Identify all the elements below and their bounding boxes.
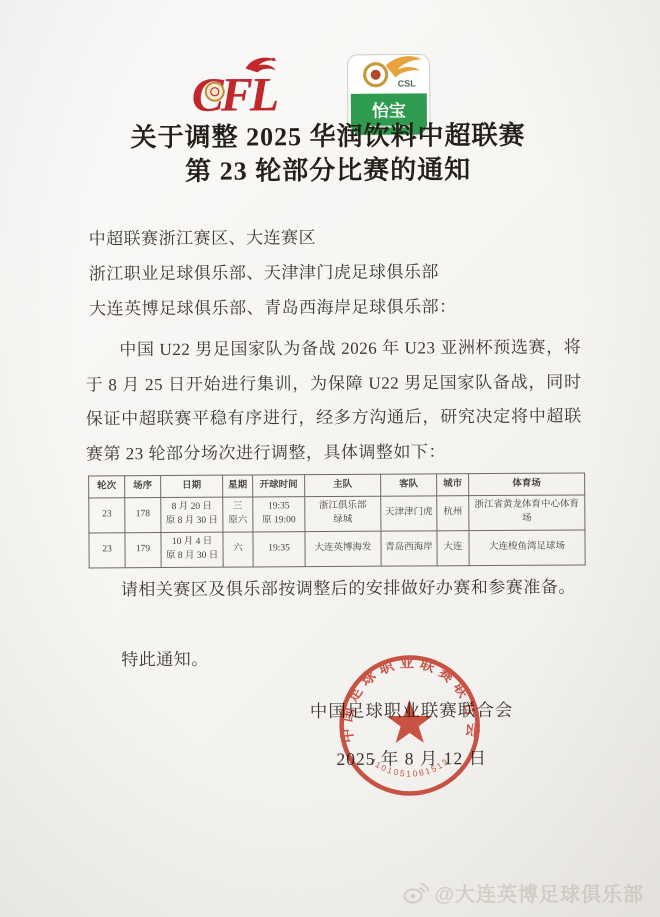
csl-label-text: CSL [398, 78, 417, 88]
cell-match-no: 179 [125, 533, 161, 568]
home-team-line: 大连英博海发 [307, 542, 380, 556]
cell-kickoff: 19:35 [253, 532, 305, 567]
cell-away-team: 天津津门虎 [381, 496, 437, 531]
weibo-icon [403, 881, 430, 904]
col-away-team: 客队 [381, 474, 437, 496]
document-photo: CFL CSL 怡宝 关于调整 2025 华润饮料中超联赛 第 23 轮部分比赛… [0, 0, 660, 917]
kickoff-original: 原 19:00 [254, 514, 303, 528]
notice-document: CFL CSL 怡宝 关于调整 2025 华润饮料中超联赛 第 23 轮部分比赛… [0, 0, 660, 917]
cell-stadium: 大连梭鱼湾足球场 [469, 530, 585, 566]
date-original: 原 8 月 30 日 [162, 515, 221, 529]
table-row: 23 179 10 月 4 日 原 8 月 30 日 六 19:35 大连英博海… [89, 530, 585, 568]
kickoff-new: 19:35 [254, 500, 303, 514]
notice-title-line2: 第 23 轮部分比赛的通知 [38, 152, 618, 190]
weekday-new: 六 [225, 543, 252, 557]
cfl-league-logo-icon: CFL [188, 54, 320, 127]
cell-date: 10 月 4 日 原 8 月 30 日 [161, 532, 223, 567]
recipient-line: 大连英博足球俱乐部、青岛西海岸足球俱乐部： [89, 288, 581, 326]
cell-round: 23 [89, 533, 125, 568]
recipient-line: 浙江职业足球俱乐部、天津津门虎足球俱乐部 [89, 253, 581, 291]
col-round: 轮次 [89, 476, 125, 498]
cell-home-team: 大连英博海发 [305, 531, 381, 566]
col-city: 城市 [437, 474, 469, 496]
table-row: 23 178 8 月 20 日 原 8 月 30 日 三 原六 19:35 原 … [89, 495, 585, 533]
col-match-no: 场序 [125, 476, 161, 498]
col-weekday: 星期 [223, 475, 253, 497]
kickoff-new: 19:35 [255, 542, 304, 556]
date-new: 10 月 4 日 [162, 536, 221, 550]
col-date: 日期 [161, 475, 223, 497]
weekday-original: 原六 [224, 514, 251, 528]
table-header-row: 轮次 场序 日期 星期 开球时间 主队 客队 城市 体育场 [89, 473, 585, 498]
cell-city: 杭州 [437, 496, 469, 531]
cell-away-team: 青岛西海岸 [381, 531, 437, 566]
football-emblem-icon [206, 83, 224, 101]
csl-ball-core-icon [371, 70, 381, 80]
home-team-line: 绿城 [306, 514, 379, 528]
home-team-line: 浙江俱乐部 [306, 500, 379, 514]
cell-city: 大连 [437, 531, 469, 566]
weekday-new: 三 [224, 501, 251, 515]
cell-weekday: 三 原六 [223, 497, 253, 532]
recipient-list: 中超联赛浙江赛区、大连赛区 浙江职业足球俱乐部、天津津门虎足球俱乐部 大连英博足… [89, 218, 582, 326]
watermark-text: @大连英博足球俱乐部 [434, 878, 644, 907]
cell-date: 8 月 20 日 原 8 月 30 日 [161, 497, 223, 532]
cell-stadium: 浙江省黄龙体育中心体育场 [469, 495, 585, 531]
seal-serial-number: 1101051081513 [368, 756, 451, 779]
weibo-watermark: @大连英博足球俱乐部 [403, 878, 644, 907]
official-seal-icon: 中国足球职业联赛联合会 1101051081513 [331, 647, 488, 804]
svg-text:1101051081513: 1101051081513 [368, 756, 451, 779]
cfl-logo-text: CFL [192, 68, 278, 122]
body-paragraph-2: 请相关赛区及俱乐部按调整后的安排做好办赛和参赛准备。 [87, 570, 583, 608]
cell-round: 23 [89, 498, 125, 533]
recipient-line: 中超联赛浙江赛区、大连赛区 [89, 218, 581, 256]
dragon-eye-icon [272, 58, 275, 61]
seal-star-icon [387, 699, 433, 743]
date-new: 8 月 20 日 [162, 501, 221, 515]
cell-kickoff: 19:35 原 19:00 [253, 497, 305, 532]
notice-title: 关于调整 2025 华润饮料中超联赛 第 23 轮部分比赛的通知 [38, 118, 618, 190]
match-adjustment-table: 轮次 场序 日期 星期 开球时间 主队 客队 城市 体育场 23 178 8 月… [88, 472, 586, 568]
col-home-team: 主队 [305, 474, 381, 496]
body-paragraph-1: 中国 U22 男足国家队为备战 2026 年 U23 亚洲杯预选赛，将于 8 月… [85, 330, 582, 471]
col-stadium: 体育场 [469, 473, 585, 496]
date-original: 原 8 月 30 日 [163, 550, 222, 564]
yibao-label-text: 怡宝 [372, 101, 406, 121]
col-kickoff: 开球时间 [253, 475, 305, 497]
cell-match-no: 178 [125, 498, 161, 533]
notice-title-line1: 关于调整 2025 华润饮料中超联赛 [38, 118, 618, 156]
cell-weekday: 六 [223, 532, 253, 567]
cell-home-team: 浙江俱乐部 绿城 [305, 496, 381, 531]
